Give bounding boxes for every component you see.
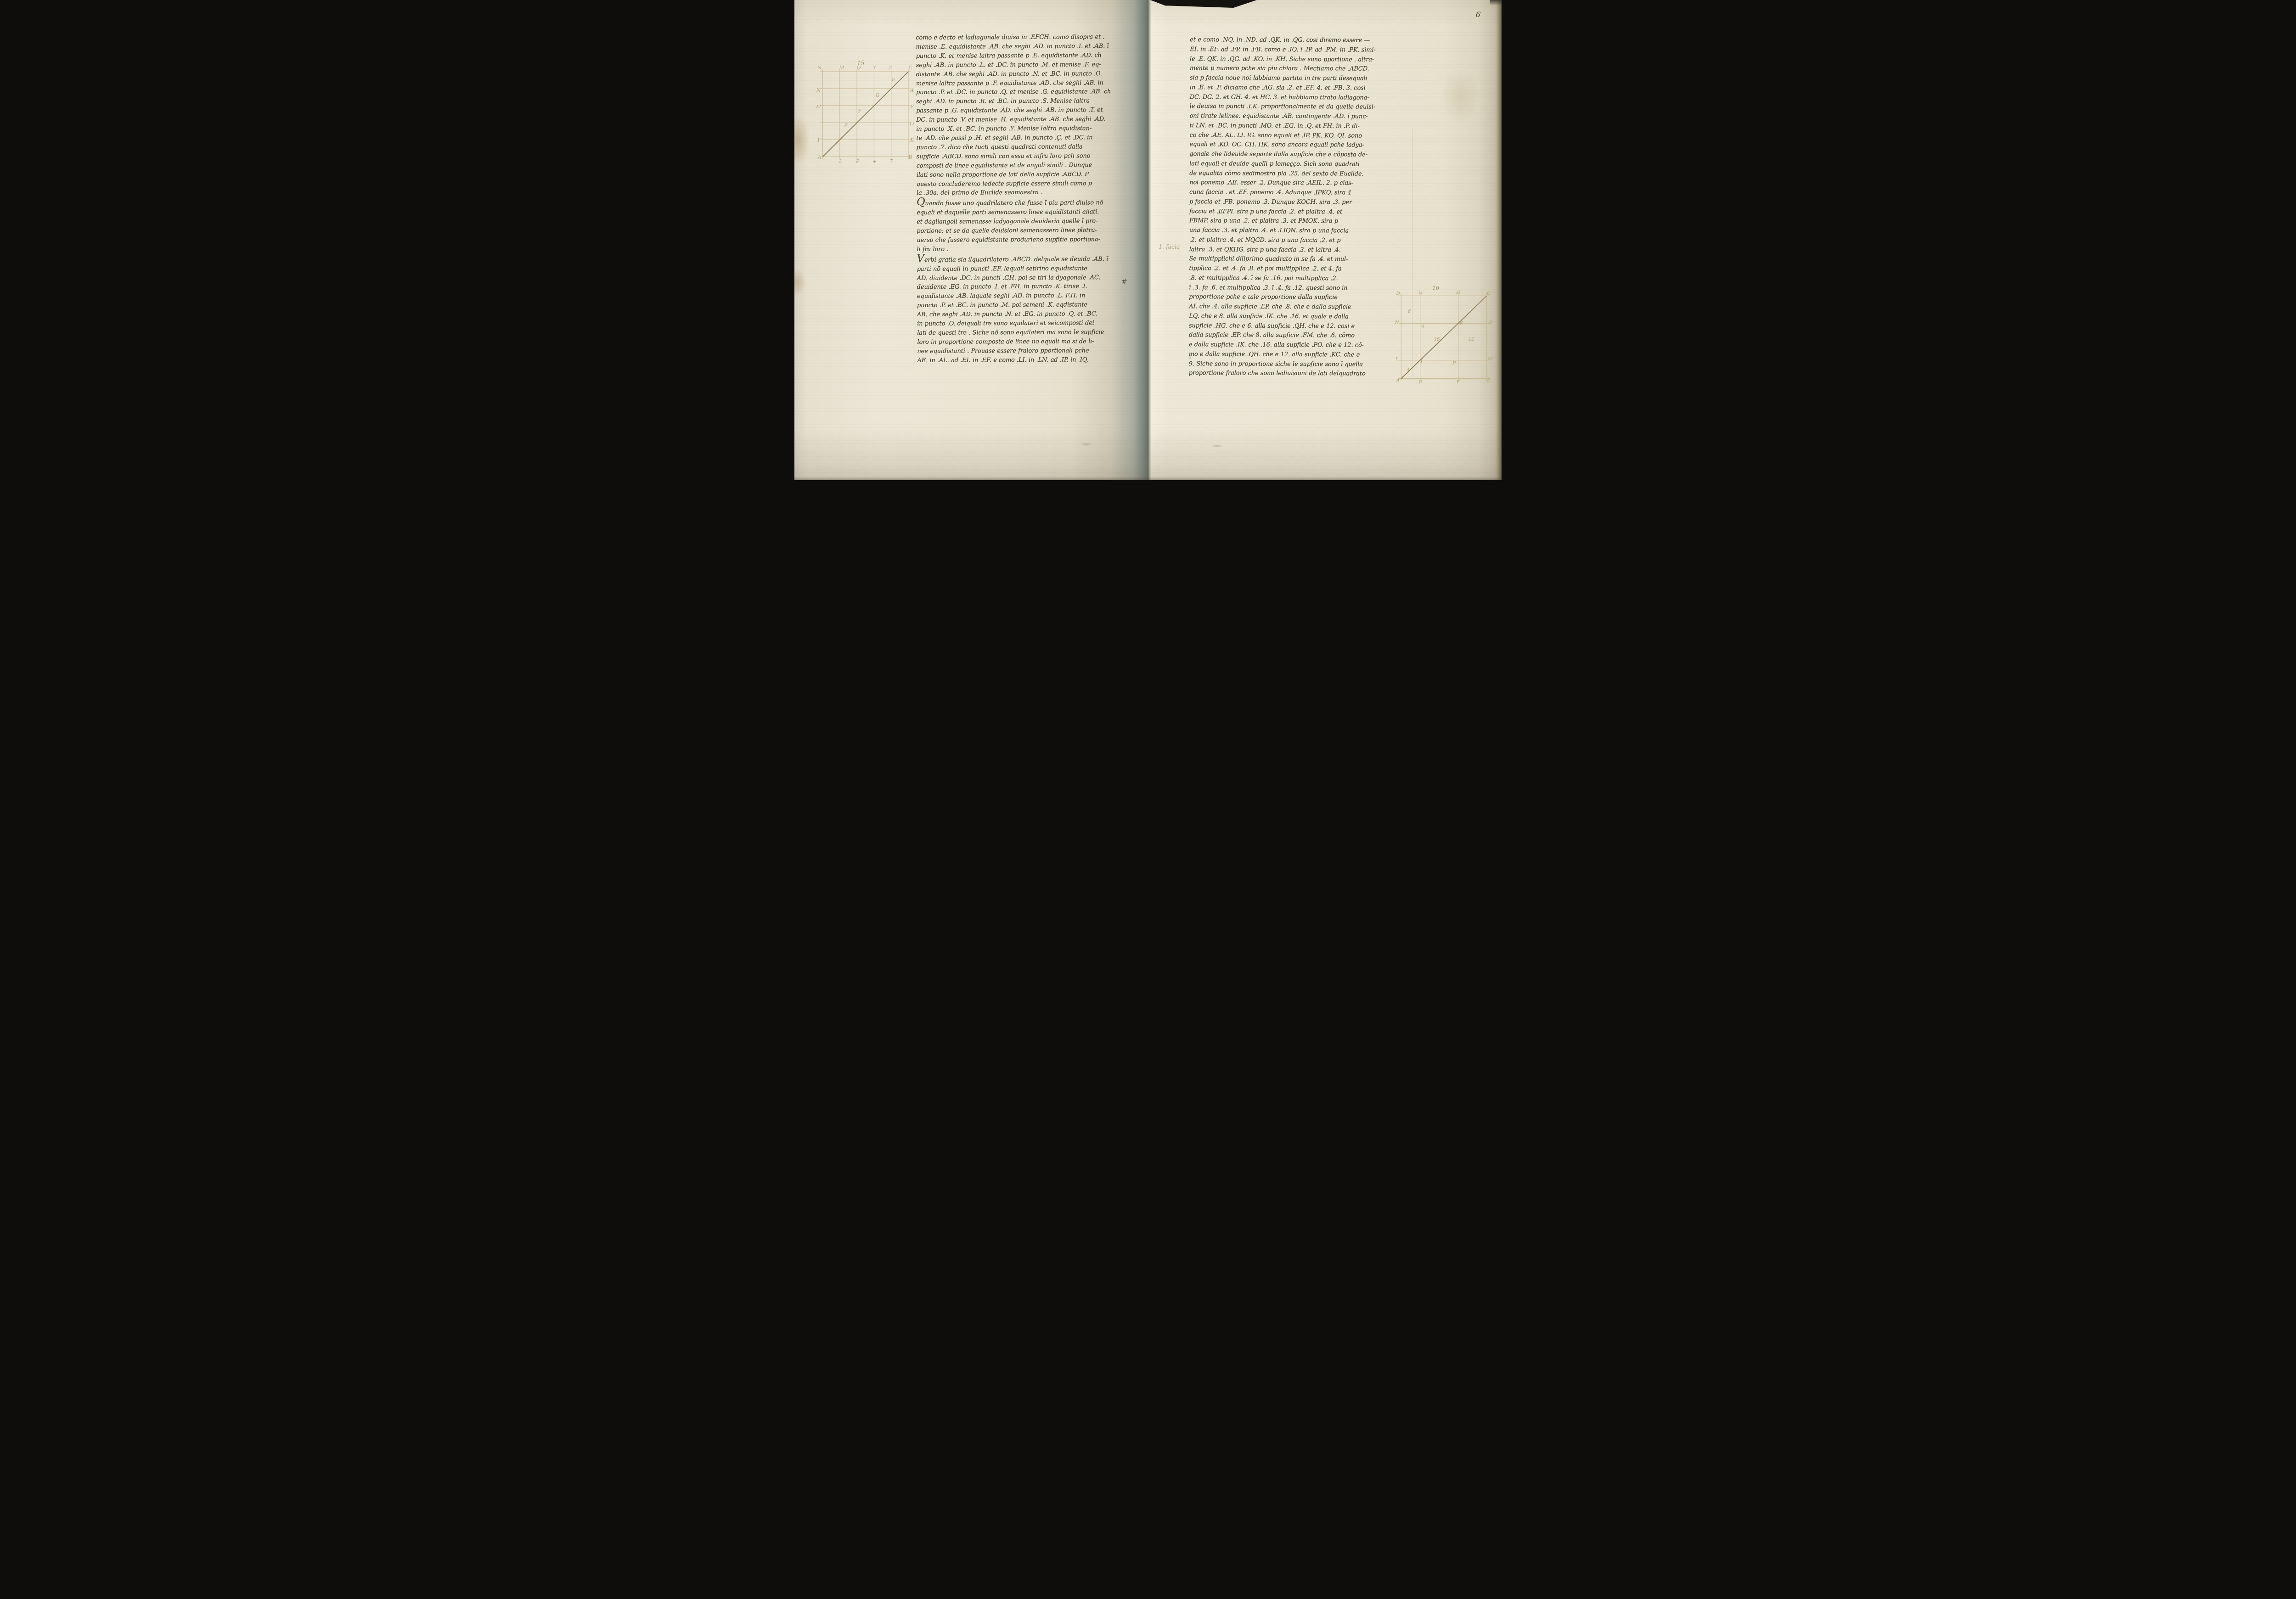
text-line: composti de linee equidistante et de ang…	[917, 161, 1127, 171]
text-line: dalla supficie .EP. che 8. alla supficie…	[1189, 331, 1401, 341]
text-line: gonale che lideuide separte dalla supfic…	[1189, 150, 1401, 160]
ink-smudge	[1211, 444, 1223, 448]
text-line: te .AD. che passi p .H. et seghi .AB. in…	[916, 133, 1126, 143]
diagram-label: 16	[1434, 337, 1440, 342]
diagram-label: +	[872, 159, 877, 164]
text-line: passante p .G. equidistante .AD. che seg…	[916, 106, 1126, 116]
diagram-label: F	[1456, 380, 1460, 385]
text-line: questo concluderemo ledecte supficie ess…	[917, 179, 1127, 189]
diagram-label: E	[844, 123, 848, 129]
text-line: LQ. che e 8. alla supficie .IK. che .16.…	[1189, 312, 1401, 322]
diagram-label: 6	[1408, 309, 1411, 314]
diagram-label: M	[816, 104, 822, 110]
text-line: equali et .KO. OC. CH. HK. sono ancora e…	[1189, 140, 1401, 150]
text-line: AD. diuidente .DC. in puncti .GH. poi se…	[917, 273, 1127, 283]
text-line: Verbi gratia sia ilquadrilatero .ABCD. d…	[917, 253, 1127, 265]
margin-mark: #	[1121, 277, 1127, 286]
diagram-label: P	[1452, 361, 1456, 366]
diagram-label: F	[857, 108, 861, 114]
diagram-label: G	[1418, 290, 1422, 295]
diagram-label: Y	[873, 65, 877, 71]
text-line: noi ponemo .AE. esser .2. Dunque sira .A…	[1189, 178, 1401, 188]
manuscript-text-left: como e decto et ladiagonale diuisa in .E…	[916, 33, 1127, 365]
ink-smudge	[1080, 443, 1092, 446]
diagram-label: A	[910, 88, 914, 93]
diagram-label: 16	[1432, 285, 1440, 291]
diagram-label: L	[838, 159, 842, 164]
diagram-label: K	[910, 138, 914, 143]
manuscript-text-right: et e como .NQ. in .ND. ad .QK. in .QG. c…	[1189, 35, 1402, 379]
diagram-label: Z	[888, 65, 892, 71]
diagram-label: Q	[856, 65, 861, 71]
text-line: equali et daquelle parti semenassero lin…	[917, 208, 1127, 218]
text-line: EI. in .EF. ad .FP. in .FB. como e .IQ. …	[1190, 45, 1402, 55]
diagram-label: H	[1456, 290, 1460, 295]
diagram-label: I	[817, 138, 820, 143]
text-line: in puncto .O. deiquali tre sono equilate…	[917, 319, 1127, 329]
text-line: loro in proportione composta de linee nō…	[917, 337, 1127, 347]
text-line: le deuisa in puncti .I.K. proportionalme…	[1190, 102, 1402, 112]
diagram-label: P	[855, 159, 860, 164]
text-line: de equalita cōmo sedimostra pla .25. del…	[1189, 169, 1401, 179]
text-line: mente p numero pche sia piu chiara . Mec…	[1190, 64, 1402, 74]
text-line: cuna faccia . et .EF. ponemo .4. Adunque…	[1189, 188, 1401, 198]
text-line: uerso che fussero equidistante produrien…	[917, 235, 1127, 245]
text-line: portione: et se da quelle deuisioni seme…	[917, 226, 1127, 236]
text-line: Quando fusse uno quadrilatero che fusse …	[917, 197, 1127, 208]
text-line: supficie .HG. che e 6. alla supficie .QH…	[1189, 321, 1401, 331]
text-line: deuidente .EG. in puncto .I. et .FH. in …	[917, 282, 1127, 292]
text-line: menise laltra passante p .F. equidistant…	[916, 79, 1126, 89]
text-line: seghi .AD. in puncto .R. et .BC. in punc…	[916, 96, 1126, 107]
diagram-label: N	[816, 88, 821, 93]
text-line: AI. che .4. alla supficie .EP. che .8. c…	[1189, 302, 1401, 312]
text-line: le .E. QK. in .QG. ad .KO. in .KH. Siche…	[1190, 55, 1402, 65]
diagram-label: N	[1395, 320, 1400, 325]
diagram-label: L	[1395, 357, 1399, 362]
diagram-label: O	[910, 121, 914, 127]
text-line: proportione fraloro che sono lediuisioni…	[1189, 369, 1401, 379]
text-line: et dagliangoli semenasse ladyagonale deu…	[917, 217, 1127, 227]
manuscript-spread: como e decto et ladiagonale diuisa in .E…	[794, 0, 1502, 480]
text-line: in .E. et .F. diciamo che .AG. sia .2. e…	[1190, 83, 1402, 93]
diagram-label: I	[1420, 359, 1423, 364]
text-line: DC. DG. 2. et GH. 4. et HC. 3. et habbia…	[1190, 93, 1402, 103]
diagram-label: D	[1396, 291, 1400, 296]
text-line: puncto .K. et menise laltra passante p .…	[916, 51, 1126, 61]
text-line: et e como .NQ. in .ND. ad .QK. in .QG. c…	[1190, 35, 1402, 45]
text-line: lati equali et deuide quelli p lomeçço. …	[1189, 159, 1401, 169]
diagram-svg: 16DGHCNLAOMBEFqKIP616124	[1391, 283, 1493, 387]
text-line: 9. Siche sono in proportione siche le su…	[1189, 359, 1401, 370]
text-line: equidistante .AB. laquale seghi .AD. in …	[917, 291, 1127, 301]
text-line: AB. che seghi .AD. in puncto .N. et .EG.…	[917, 309, 1127, 320]
text-line: Se multipplichi diliprimo quadrato in se…	[1189, 254, 1401, 264]
geometric-diagram-left: 15SMQYZCAFOKBNMIALP+7EFGh	[810, 57, 916, 166]
text-line: supficie .ABCD. sono simili con essa et …	[917, 151, 1127, 162]
diagram-label: M	[839, 65, 845, 71]
text-line: .8. et multipplica .4. ī se fa .16. poi …	[1189, 274, 1401, 284]
page-edge-shadow	[1496, 0, 1502, 480]
text-line: FBMP. sira p una .2. et plaltra .3. et P…	[1189, 216, 1401, 226]
text-line: sia p faccia noue noi labbiamo partito i…	[1190, 73, 1402, 84]
diagram-label: C	[1487, 291, 1491, 296]
text-line: puncto .P. et .DC. in puncto .Q. et meni…	[916, 87, 1126, 97]
text-line: una faccia .3. et plaltra .4. et .LIQN. …	[1189, 226, 1401, 236]
quire-mark: 6	[1188, 354, 1192, 360]
diagram-label: O	[1488, 320, 1492, 325]
diagram-label: 4	[1406, 368, 1410, 373]
text-line: como e decto et ladiagonale diuisa in .E…	[916, 33, 1126, 43]
diagram-label: q	[1421, 323, 1424, 328]
text-line: lati de questi tre . Siche nō sono equil…	[917, 328, 1127, 338]
text-line: DC. in puncto .V. et menise .H. equidist…	[916, 115, 1126, 125]
text-line: ilati sono nella proportione de lati del…	[917, 170, 1127, 180]
text-line: laltra .3. et QKHG. sira p una faccia .3…	[1189, 245, 1401, 255]
text-line: p faccia et .FB. ponemo .3. Dunque KOCH.…	[1189, 197, 1401, 208]
text-line: ī .3. fa .6. et multipplica .3. ī .4. fa…	[1189, 283, 1401, 293]
diagram-label: A	[1396, 378, 1400, 383]
diagram-svg: 15SMQYZCAFOKBNMIALP+7EFGh	[810, 57, 916, 166]
text-line: .2. et plaltra .4. et NQGD. sira p una f…	[1189, 236, 1401, 246]
text-line: mo e dalla supficie .QH. che e 12. alla …	[1189, 350, 1401, 360]
text-line: ti LN. et .BC. in puncti .MO. et .EG. in…	[1190, 121, 1402, 131]
text-line: faccia et .EFPI. sira p una faccia .2. e…	[1189, 207, 1401, 217]
text-line: li fra loro .	[917, 244, 1127, 254]
text-line: menise .E. equidistante .AB. che seghi .…	[916, 42, 1126, 52]
diagram-label: F	[910, 104, 914, 110]
diagram-label: M	[1487, 357, 1493, 362]
diagram-label: B	[908, 155, 912, 160]
text-line: nee equidistanti . Prouase essere fralor…	[917, 346, 1127, 356]
text-line: seghi .AB. in puncto .L. et .DC. in punc…	[916, 60, 1126, 70]
diagram-label: 7	[890, 159, 893, 164]
text-line: puncto .7. dico che tucti questi quadrat…	[916, 142, 1126, 152]
text-line: distante .AB. che seghi .AD. in puncto .…	[916, 69, 1126, 79]
diagram-label: G	[876, 93, 879, 98]
text-line: parti nō equali in puncti .EF. lequali s…	[917, 264, 1127, 274]
page-edge-shadow	[794, 477, 1502, 480]
diagram-label: h	[892, 77, 895, 83]
diagram-label: K	[1459, 321, 1463, 326]
text-line: proportione pche e tale proportione dall…	[1189, 292, 1401, 303]
text-line: la .30a. del primo de Euclide seamaestra…	[917, 188, 1127, 198]
marginal-note: 1. facia	[1159, 243, 1180, 250]
geometric-diagram-right: 16DGHCNLAOMBEFqKIP616124	[1391, 283, 1493, 387]
diagram-label: C	[908, 65, 912, 71]
diagram-label: E	[1418, 380, 1423, 385]
text-line: e dalla supficie .IK. che .16. alla supf…	[1189, 340, 1401, 350]
text-line: tipplica .2. et .4. fa .8. et poi multip…	[1189, 264, 1401, 274]
text-line: co che .AE. AL. LI. IG. sono equali et .…	[1190, 131, 1402, 141]
text-line: AE. in .AL. ad .EI. in .EF. e como .LI. …	[917, 355, 1127, 365]
diagram-label: S	[818, 65, 821, 71]
diagram-label: A	[817, 155, 822, 160]
diagram-label: 12	[1469, 337, 1474, 342]
text-line: oni tirate lelinee. equidistante .AB. co…	[1190, 112, 1402, 122]
text-line: in puncto .X. et .BC. in puncto .Y. Meni…	[916, 124, 1126, 134]
text-line: puncto .P. et .BC. in puncto .M. poi sem…	[917, 300, 1127, 310]
diagram-label: B	[1486, 378, 1491, 383]
